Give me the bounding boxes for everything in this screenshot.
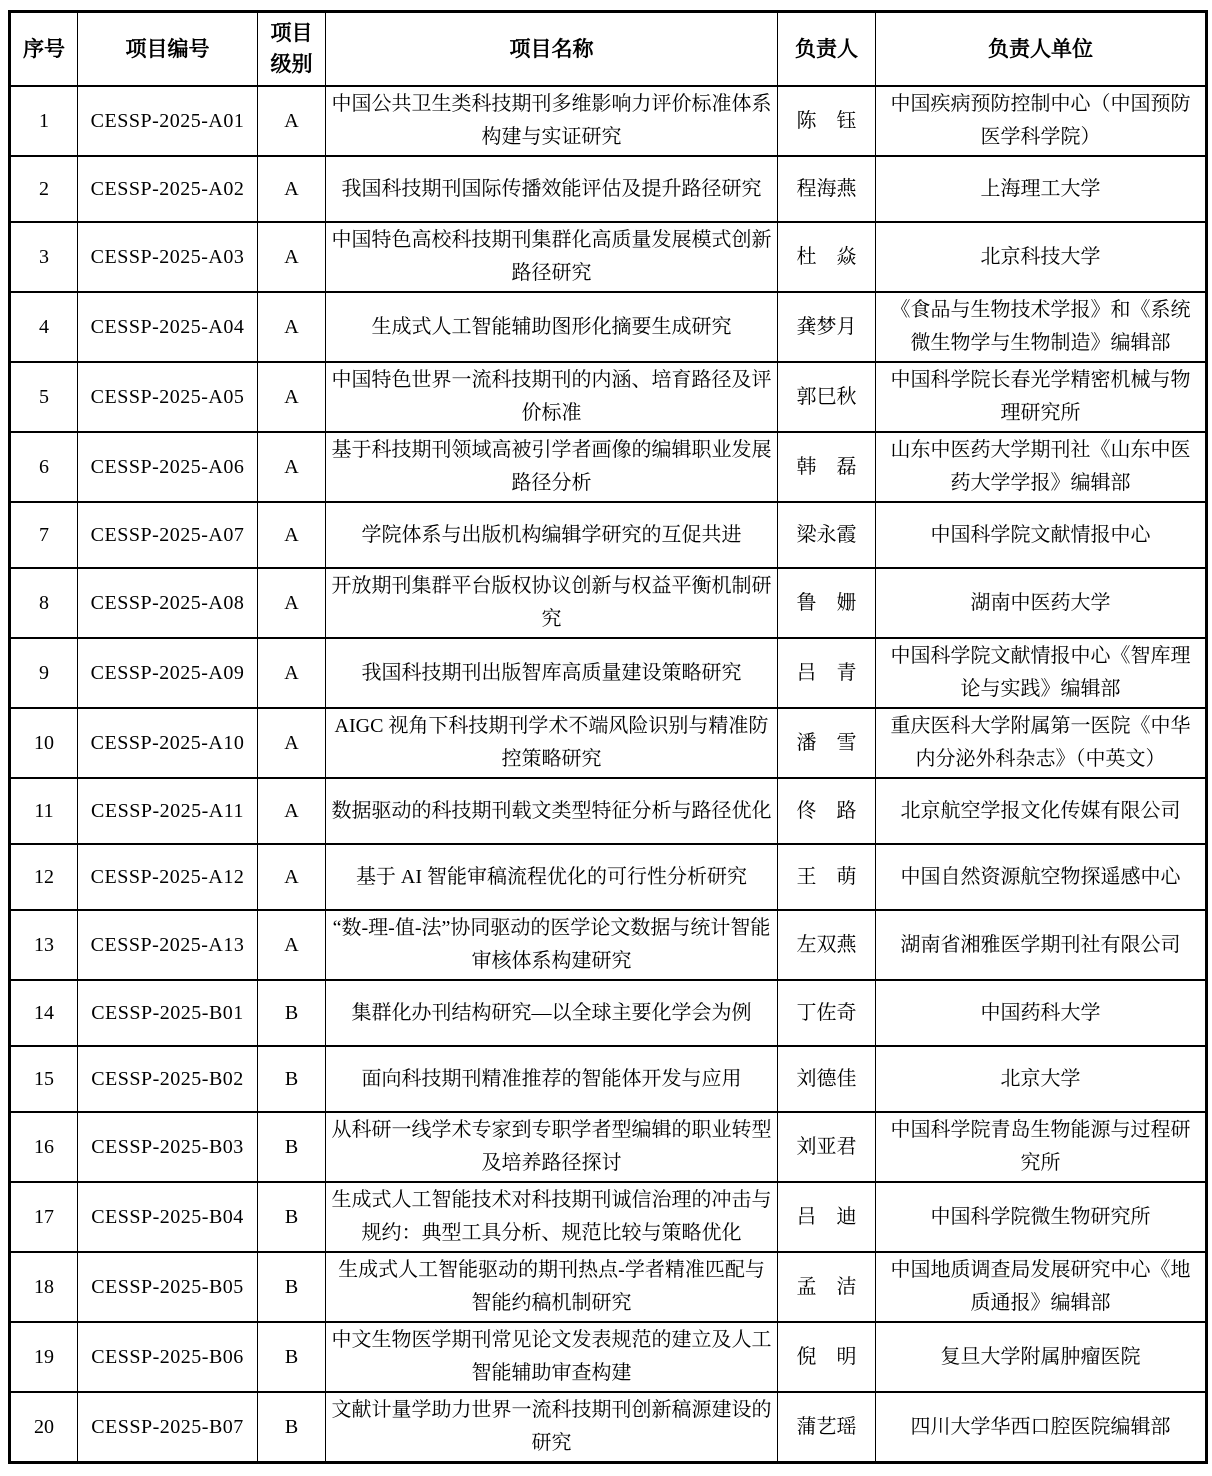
table-row: 5 CESSP-2025-A05 A 中国特色世界一流科技期刊的内涵、培育路径及…	[10, 362, 1207, 432]
cell-leader-name: 陈 钰	[778, 86, 876, 156]
cell-leader-org: 北京大学	[876, 1046, 1207, 1112]
cell-leader-name: 倪 明	[778, 1322, 876, 1392]
cell-project-level: A	[258, 778, 326, 844]
cell-leader-org: 重庆医科大学附属第一医院《中华内分泌外科杂志》（中英文）	[876, 708, 1207, 778]
cell-project-level: A	[258, 222, 326, 292]
cell-serial-number: 10	[10, 708, 78, 778]
cell-project-title: 集群化办刊结构研究—以全球主要化学会为例	[326, 980, 778, 1046]
cell-leader-name: 王 萌	[778, 844, 876, 910]
table-row: 20 CESSP-2025-B07 B 文献计量学助力世界一流科技期刊创新稿源建…	[10, 1392, 1207, 1463]
cell-project-level: A	[258, 292, 326, 362]
cell-project-level: A	[258, 844, 326, 910]
cell-leader-name: 吕 青	[778, 638, 876, 708]
cell-project-code: CESSP-2025-A10	[78, 708, 258, 778]
cell-project-title: 中国公共卫生类科技期刊多维影响力评价标准体系构建与实证研究	[326, 86, 778, 156]
cell-project-code: CESSP-2025-A04	[78, 292, 258, 362]
cell-project-code: CESSP-2025-A02	[78, 156, 258, 222]
cell-project-code: CESSP-2025-B03	[78, 1112, 258, 1182]
cell-serial-number: 12	[10, 844, 78, 910]
cell-leader-name: 潘 雪	[778, 708, 876, 778]
cell-leader-org: 中国药科大学	[876, 980, 1207, 1046]
cell-serial-number: 2	[10, 156, 78, 222]
cell-leader-name: 龚梦月	[778, 292, 876, 362]
cell-project-title: AIGC 视角下科技期刊学术不端风险识别与精准防控策略研究	[326, 708, 778, 778]
cell-leader-name: 孟 洁	[778, 1252, 876, 1322]
cell-serial-number: 6	[10, 432, 78, 502]
cell-project-level: B	[258, 1112, 326, 1182]
cell-serial-number: 1	[10, 86, 78, 156]
cell-project-level: A	[258, 156, 326, 222]
table-row: 7 CESSP-2025-A07 A 学院体系与出版机构编辑学研究的互促共进 梁…	[10, 502, 1207, 568]
cell-serial-number: 13	[10, 910, 78, 980]
cell-project-title: 从科研一线学术专家到专职学者型编辑的职业转型及培养路径探讨	[326, 1112, 778, 1182]
cell-project-level: B	[258, 980, 326, 1046]
cell-project-level: A	[258, 432, 326, 502]
cell-project-title: 中国特色高校科技期刊集群化高质量发展模式创新路径研究	[326, 222, 778, 292]
table-row: 2 CESSP-2025-A02 A 我国科技期刊国际传播效能评估及提升路径研究…	[10, 156, 1207, 222]
cell-serial-number: 11	[10, 778, 78, 844]
table-row: 14 CESSP-2025-B01 B 集群化办刊结构研究—以全球主要化学会为例…	[10, 980, 1207, 1046]
cell-serial-number: 7	[10, 502, 78, 568]
cell-leader-name: 郭巳秋	[778, 362, 876, 432]
cell-serial-number: 16	[10, 1112, 78, 1182]
cell-project-code: CESSP-2025-B02	[78, 1046, 258, 1112]
cell-leader-org: 复旦大学附属肿瘤医院	[876, 1322, 1207, 1392]
cell-leader-org: 中国科学院微生物研究所	[876, 1182, 1207, 1252]
table-row: 8 CESSP-2025-A08 A 开放期刊集群平台版权协议创新与权益平衡机制…	[10, 568, 1207, 638]
table-row: 3 CESSP-2025-A03 A 中国特色高校科技期刊集群化高质量发展模式创…	[10, 222, 1207, 292]
table-row: 9 CESSP-2025-A09 A 我国科技期刊出版智库高质量建设策略研究 吕…	[10, 638, 1207, 708]
cell-project-title: 开放期刊集群平台版权协议创新与权益平衡机制研究	[326, 568, 778, 638]
cell-project-title: “数-理-值-法”协同驱动的医学论文数据与统计智能审核体系构建研究	[326, 910, 778, 980]
column-header-leader: 负责人	[778, 12, 876, 87]
cell-leader-name: 佟 路	[778, 778, 876, 844]
table-row: 6 CESSP-2025-A06 A 基于科技期刊领域高被引学者画像的编辑职业发…	[10, 432, 1207, 502]
cell-leader-org: 山东中医药大学期刊社《山东中医药大学学报》编辑部	[876, 432, 1207, 502]
cell-project-level: B	[258, 1182, 326, 1252]
table-row: 11 CESSP-2025-A11 A 数据驱动的科技期刊载文类型特征分析与路径…	[10, 778, 1207, 844]
cell-project-code: CESSP-2025-A05	[78, 362, 258, 432]
column-header-project-level: 项目级别	[258, 12, 326, 87]
cell-project-level: A	[258, 502, 326, 568]
cell-serial-number: 5	[10, 362, 78, 432]
cell-leader-name: 左双燕	[778, 910, 876, 980]
cell-serial-number: 4	[10, 292, 78, 362]
cell-serial-number: 8	[10, 568, 78, 638]
column-header-project-code: 项目编号	[78, 12, 258, 87]
cell-leader-name: 杜 焱	[778, 222, 876, 292]
projects-table: 序号 项目编号 项目级别 项目名称 负责人 负责人单位 1 CESSP-2025…	[8, 10, 1208, 1464]
cell-project-level: A	[258, 638, 326, 708]
cell-leader-name: 蒲艺瑶	[778, 1392, 876, 1463]
cell-project-level: A	[258, 708, 326, 778]
cell-leader-org: 中国科学院文献情报中心《智库理论与实践》编辑部	[876, 638, 1207, 708]
table-row: 4 CESSP-2025-A04 A 生成式人工智能辅助图形化摘要生成研究 龚梦…	[10, 292, 1207, 362]
cell-serial-number: 18	[10, 1252, 78, 1322]
cell-serial-number: 15	[10, 1046, 78, 1112]
cell-leader-org: 中国科学院文献情报中心	[876, 502, 1207, 568]
cell-project-level: A	[258, 362, 326, 432]
table-body: 1 CESSP-2025-A01 A 中国公共卫生类科技期刊多维影响力评价标准体…	[10, 86, 1207, 1463]
cell-serial-number: 9	[10, 638, 78, 708]
cell-project-level: A	[258, 86, 326, 156]
cell-project-code: CESSP-2025-A01	[78, 86, 258, 156]
cell-project-title: 基于 AI 智能审稿流程优化的可行性分析研究	[326, 844, 778, 910]
cell-leader-name: 刘亚君	[778, 1112, 876, 1182]
cell-project-level: A	[258, 568, 326, 638]
table-row: 18 CESSP-2025-B05 B 生成式人工智能驱动的期刊热点-学者精准匹…	[10, 1252, 1207, 1322]
cell-leader-org: 四川大学华西口腔医院编辑部	[876, 1392, 1207, 1463]
cell-project-title: 面向科技期刊精准推荐的智能体开发与应用	[326, 1046, 778, 1112]
cell-leader-org: 中国自然资源航空物探遥感中心	[876, 844, 1207, 910]
cell-project-title: 中文生物医学期刊常见论文发表规范的建立及人工智能辅助审查构建	[326, 1322, 778, 1392]
header-row: 序号 项目编号 项目级别 项目名称 负责人 负责人单位	[10, 12, 1207, 87]
cell-leader-org: 湖南中医药大学	[876, 568, 1207, 638]
column-header-leader-org: 负责人单位	[876, 12, 1207, 87]
table-row: 17 CESSP-2025-B04 B 生成式人工智能技术对科技期刊诚信治理的冲…	[10, 1182, 1207, 1252]
cell-project-code: CESSP-2025-A13	[78, 910, 258, 980]
cell-leader-name: 刘德佳	[778, 1046, 876, 1112]
column-header-project-title: 项目名称	[326, 12, 778, 87]
cell-leader-org: 《食品与生物技术学报》和《系统微生物学与生物制造》编辑部	[876, 292, 1207, 362]
cell-serial-number: 3	[10, 222, 78, 292]
cell-leader-org: 中国地质调查局发展研究中心《地质通报》编辑部	[876, 1252, 1207, 1322]
table-row: 15 CESSP-2025-B02 B 面向科技期刊精准推荐的智能体开发与应用 …	[10, 1046, 1207, 1112]
cell-project-title: 基于科技期刊领域高被引学者画像的编辑职业发展路径分析	[326, 432, 778, 502]
cell-project-title: 数据驱动的科技期刊载文类型特征分析与路径优化	[326, 778, 778, 844]
cell-serial-number: 17	[10, 1182, 78, 1252]
cell-leader-org: 中国科学院长春光学精密机械与物理研究所	[876, 362, 1207, 432]
cell-project-code: CESSP-2025-A03	[78, 222, 258, 292]
cell-project-title: 生成式人工智能辅助图形化摘要生成研究	[326, 292, 778, 362]
cell-leader-name: 吕 迪	[778, 1182, 876, 1252]
cell-leader-name: 韩 磊	[778, 432, 876, 502]
cell-project-title: 我国科技期刊国际传播效能评估及提升路径研究	[326, 156, 778, 222]
cell-project-level: B	[258, 1046, 326, 1112]
cell-leader-name: 梁永霞	[778, 502, 876, 568]
cell-project-level: B	[258, 1252, 326, 1322]
cell-project-code: CESSP-2025-B04	[78, 1182, 258, 1252]
table-row: 19 CESSP-2025-B06 B 中文生物医学期刊常见论文发表规范的建立及…	[10, 1322, 1207, 1392]
cell-project-code: CESSP-2025-A09	[78, 638, 258, 708]
cell-serial-number: 20	[10, 1392, 78, 1463]
table-row: 12 CESSP-2025-A12 A 基于 AI 智能审稿流程优化的可行性分析…	[10, 844, 1207, 910]
cell-project-title: 文献计量学助力世界一流科技期刊创新稿源建设的研究	[326, 1392, 778, 1463]
cell-leader-name: 丁佐奇	[778, 980, 876, 1046]
table-row: 10 CESSP-2025-A10 A AIGC 视角下科技期刊学术不端风险识别…	[10, 708, 1207, 778]
cell-leader-org: 北京科技大学	[876, 222, 1207, 292]
cell-serial-number: 19	[10, 1322, 78, 1392]
cell-leader-org: 上海理工大学	[876, 156, 1207, 222]
cell-project-title: 我国科技期刊出版智库高质量建设策略研究	[326, 638, 778, 708]
cell-project-level: B	[258, 1392, 326, 1463]
cell-project-code: CESSP-2025-B06	[78, 1322, 258, 1392]
cell-project-level: A	[258, 910, 326, 980]
cell-project-code: CESSP-2025-A12	[78, 844, 258, 910]
cell-project-code: CESSP-2025-B07	[78, 1392, 258, 1463]
cell-leader-org: 中国疾病预防控制中心（中国预防医学科学院）	[876, 86, 1207, 156]
cell-project-title: 学院体系与出版机构编辑学研究的互促共进	[326, 502, 778, 568]
cell-project-code: CESSP-2025-A07	[78, 502, 258, 568]
cell-project-code: CESSP-2025-A11	[78, 778, 258, 844]
table-row: 1 CESSP-2025-A01 A 中国公共卫生类科技期刊多维影响力评价标准体…	[10, 86, 1207, 156]
table-row: 13 CESSP-2025-A13 A “数-理-值-法”协同驱动的医学论文数据…	[10, 910, 1207, 980]
table-row: 16 CESSP-2025-B03 B 从科研一线学术专家到专职学者型编辑的职业…	[10, 1112, 1207, 1182]
cell-project-code: CESSP-2025-A08	[78, 568, 258, 638]
cell-leader-org: 北京航空学报文化传媒有限公司	[876, 778, 1207, 844]
cell-project-code: CESSP-2025-A06	[78, 432, 258, 502]
cell-project-title: 中国特色世界一流科技期刊的内涵、培育路径及评价标准	[326, 362, 778, 432]
column-header-serial: 序号	[10, 12, 78, 87]
cell-project-level: B	[258, 1322, 326, 1392]
cell-leader-org: 湖南省湘雅医学期刊社有限公司	[876, 910, 1207, 980]
cell-leader-name: 鲁 姗	[778, 568, 876, 638]
cell-project-code: CESSP-2025-B05	[78, 1252, 258, 1322]
cell-leader-name: 程海燕	[778, 156, 876, 222]
cell-project-title: 生成式人工智能驱动的期刊热点-学者精准匹配与智能约稿机制研究	[326, 1252, 778, 1322]
cell-project-title: 生成式人工智能技术对科技期刊诚信治理的冲击与规约：典型工具分析、规范比较与策略优…	[326, 1182, 778, 1252]
table-header: 序号 项目编号 项目级别 项目名称 负责人 负责人单位	[10, 12, 1207, 87]
cell-serial-number: 14	[10, 980, 78, 1046]
cell-project-code: CESSP-2025-B01	[78, 980, 258, 1046]
cell-leader-org: 中国科学院青岛生物能源与过程研究所	[876, 1112, 1207, 1182]
